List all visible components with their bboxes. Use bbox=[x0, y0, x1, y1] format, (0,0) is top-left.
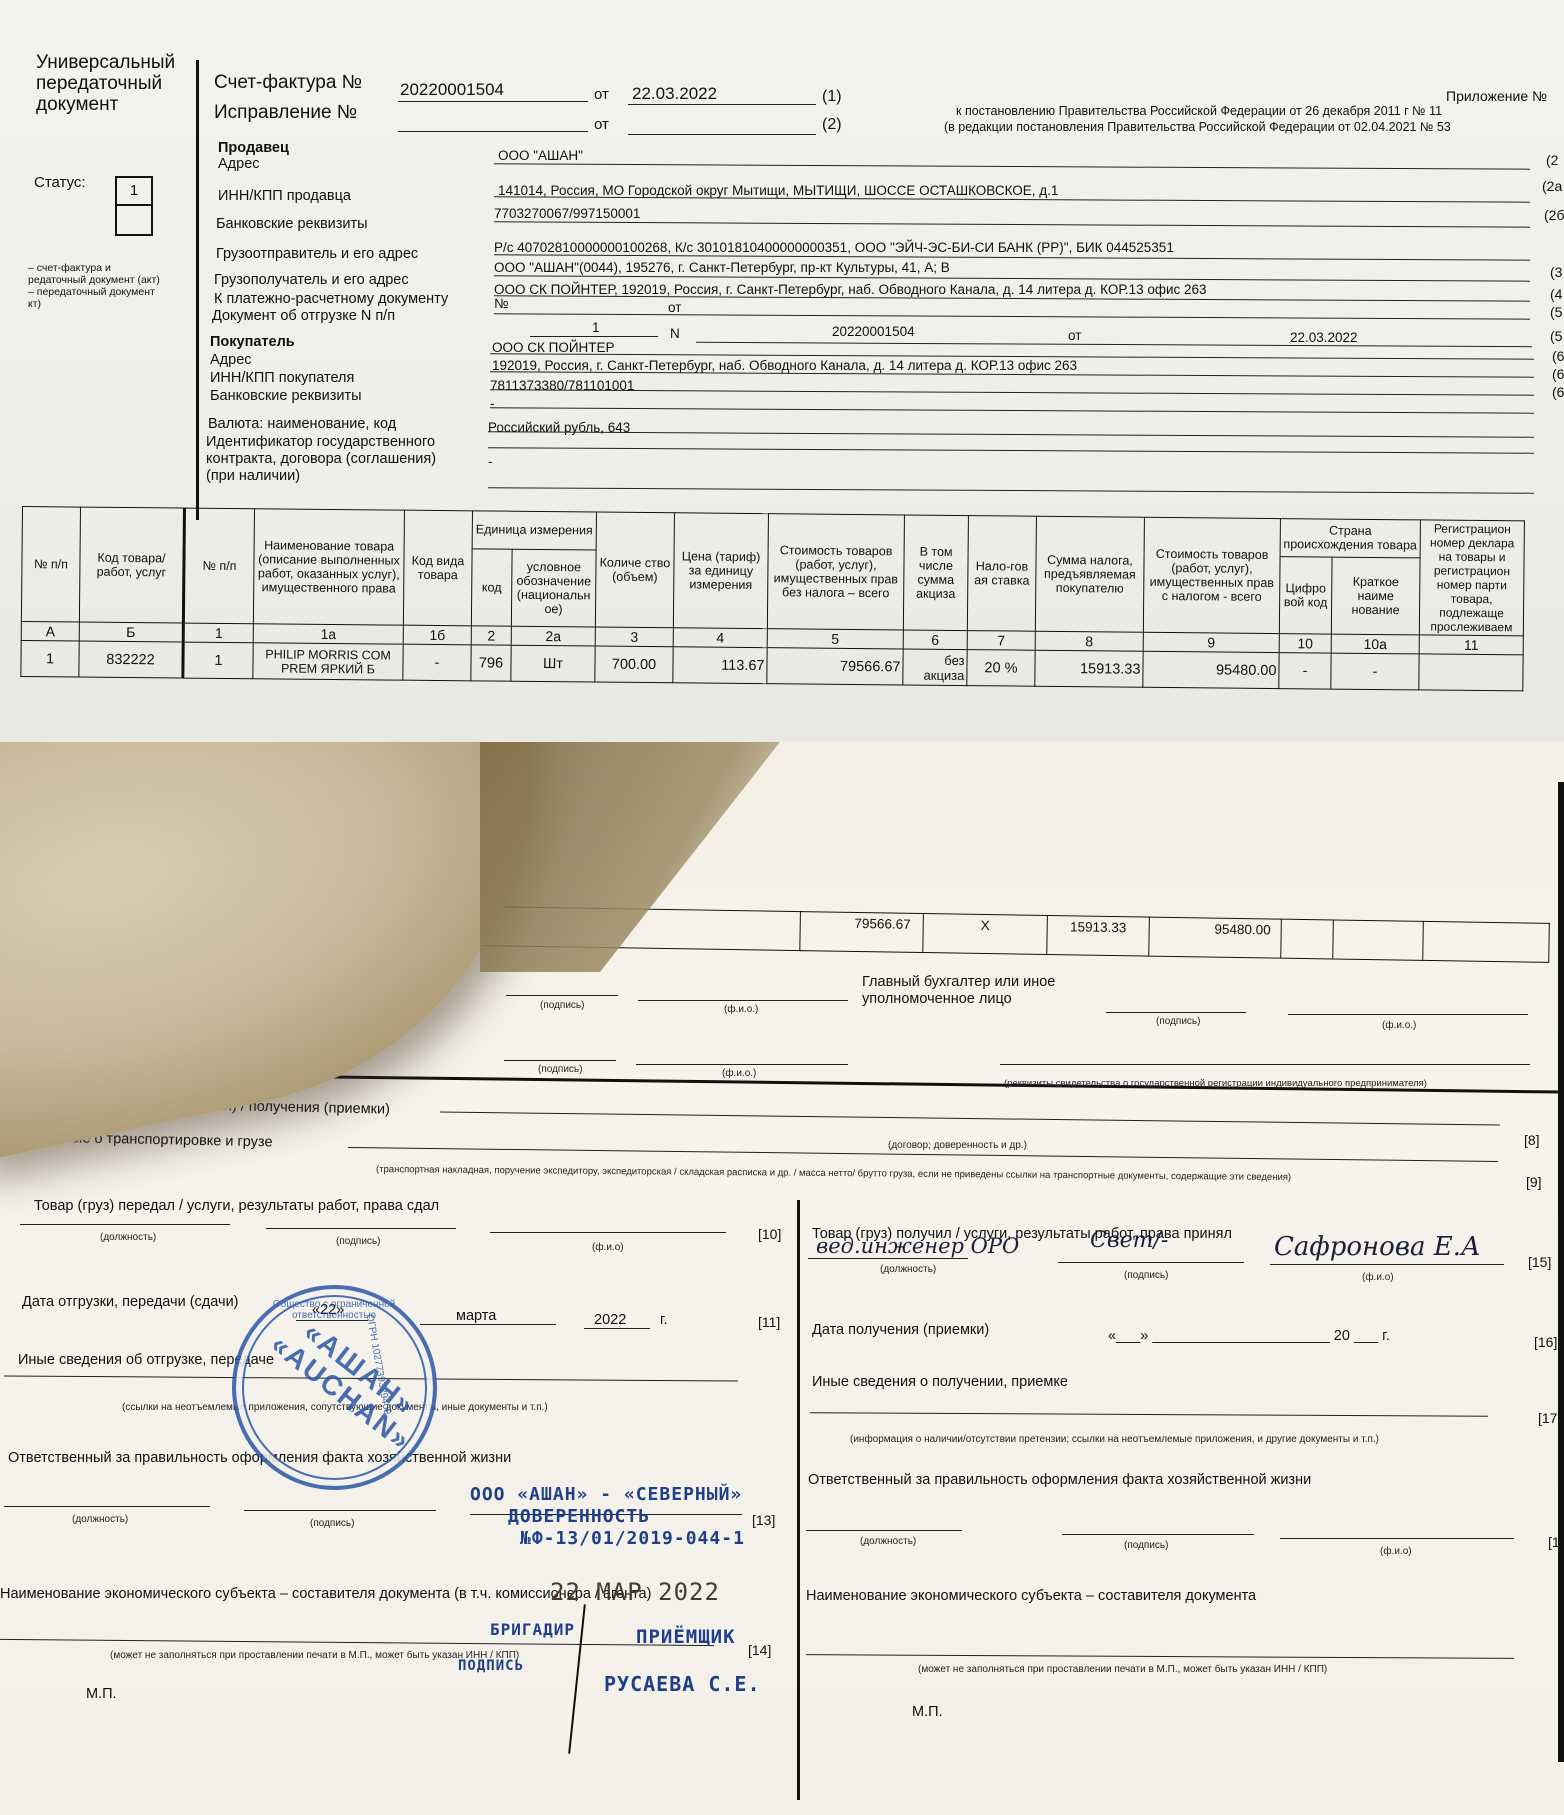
date-stamp: 22 МАР 2022 bbox=[550, 1578, 720, 1606]
consignee-value: ООО СК ПОЙНТЕР, 192019, Россия, г. Санкт… bbox=[494, 282, 1207, 297]
cell-qty: 700.00 bbox=[595, 646, 673, 683]
handed-fio-field bbox=[490, 1232, 726, 1233]
table-header-row: № п/п Код товара/ работ, услуг № п/п Наи… bbox=[22, 507, 1524, 559]
handed-label: Товар (груз) передал / услуги, результат… bbox=[34, 1198, 439, 1214]
cell-pos-a: 1 bbox=[21, 640, 79, 677]
cell-cost-with-tax: 95480.00 bbox=[1143, 651, 1279, 688]
accountant-signature-field bbox=[1106, 1012, 1246, 1013]
status-box: 1 bbox=[115, 176, 153, 236]
left-divider bbox=[196, 60, 199, 520]
ship-month: марта bbox=[456, 1308, 496, 1324]
cell-code: 832222 bbox=[79, 641, 183, 678]
document-type-title: Универсальный передаточный документ bbox=[36, 52, 196, 115]
items-table: № п/п Код товара/ работ, услуг № п/п Наи… bbox=[20, 506, 1525, 691]
header-cost-with-tax: Стоимость товаров (работ, услуг), имущес… bbox=[1143, 517, 1280, 633]
header-pos-a: № п/п bbox=[21, 507, 80, 623]
header-name: Наименование товара (описание выполненны… bbox=[253, 509, 404, 625]
cell-declaration bbox=[1419, 654, 1523, 691]
seller-responsible-position bbox=[4, 1506, 210, 1507]
buyer-responsible-label: Ответственный за правильность оформления… bbox=[808, 1472, 1311, 1488]
handed-position-field bbox=[20, 1224, 230, 1225]
accountant-fio-field bbox=[1288, 1014, 1528, 1015]
invoice-from-label: от bbox=[594, 86, 609, 103]
poa-stamp-line-2: ДОВЕРЕННОСТЬ bbox=[508, 1506, 650, 1527]
accountant-label: Главный бухгалтер или иное уполномоченно… bbox=[862, 974, 1102, 1008]
header-tax-sum: Сумма налога, предъявляемая покупателю bbox=[1035, 516, 1144, 632]
contract-label: Идентификатор государственного контракта… bbox=[206, 434, 466, 485]
shipment-doc-date: 22.03.2022 bbox=[1290, 330, 1358, 345]
header-declaration: Регистрацион номер деклара на товары и р… bbox=[1419, 520, 1524, 636]
receive-date-field[interactable]: «___» ______________________ 20 ___ г. bbox=[1108, 1328, 1390, 1344]
seller-mp: М.П. bbox=[86, 1686, 117, 1702]
received-signature: Свет/- bbox=[1090, 1228, 1168, 1253]
invoice-number: 20220001504 bbox=[400, 80, 504, 100]
head-fio-field bbox=[638, 1000, 848, 1001]
shipper-value: ООО "АШАН"(0044), 195276, г. Санкт-Петер… bbox=[494, 260, 950, 275]
center-divider bbox=[797, 1200, 800, 1800]
receive-date-label: Дата получения (приемки) bbox=[812, 1322, 989, 1338]
seller-section-label: Продавец bbox=[218, 140, 289, 156]
payment-doc-no-label: № bbox=[494, 296, 508, 311]
cell-price: 113.67 bbox=[673, 647, 767, 684]
buyer-bank: - bbox=[490, 396, 495, 411]
cell-country-name: - bbox=[1331, 653, 1419, 690]
poa-stamp-line-1: ООО «АШАН» - «СЕВЕРНЫЙ» bbox=[470, 1484, 742, 1505]
buyer-mp: М.П. bbox=[912, 1704, 943, 1720]
buyer-responsible-fio[interactable] bbox=[1280, 1538, 1514, 1539]
role-stamp-right: ПРИЁМЩИК bbox=[636, 1626, 736, 1648]
header-tax-rate: Нало-гов ая ставка bbox=[967, 516, 1036, 632]
role-stamp-left: БРИГАДИР bbox=[490, 1620, 575, 1639]
status-value: 1 bbox=[117, 178, 151, 206]
status-label: Статус: bbox=[34, 174, 86, 191]
buyer-inn-label: ИНН/КПП покупателя bbox=[210, 370, 354, 386]
correction-ref: (2) bbox=[822, 116, 842, 134]
appendix-line-1: Приложение № bbox=[1446, 88, 1547, 104]
header-unit-code: код bbox=[471, 548, 512, 626]
header-country-group: Страна происхождения товара bbox=[1280, 519, 1420, 558]
seller-responsible-signature bbox=[244, 1510, 436, 1511]
header-qty: Количе ство (объем) bbox=[595, 512, 674, 628]
buyer-responsible-signature[interactable] bbox=[1062, 1534, 1254, 1535]
header-pos: № п/п bbox=[183, 508, 254, 624]
other-receipt-field[interactable] bbox=[810, 1412, 1488, 1417]
correction-from-label: от bbox=[594, 116, 609, 133]
header-country-code: Цифро вой код bbox=[1279, 556, 1332, 634]
seller-name: ООО "АШАН" bbox=[498, 148, 583, 163]
currency-label: Валюта: наименование, код bbox=[208, 416, 396, 432]
shipper-label: Грузоотправитель и его адрес bbox=[216, 246, 418, 262]
buyer-address-label: Адрес bbox=[210, 352, 252, 368]
cell-tax-sum: 15913.33 bbox=[1035, 650, 1143, 687]
buyer-responsible-position[interactable] bbox=[806, 1530, 962, 1531]
received-fio-value: Сафронова Е.А bbox=[1274, 1232, 1481, 1262]
round-company-stamp: Общество с ограниченной ответственностью… bbox=[232, 1285, 437, 1490]
status-legend: – счет-фактура и редаточный документ (ак… bbox=[28, 262, 198, 310]
cell-tax-rate: 20 % bbox=[967, 650, 1035, 687]
head-signature-field bbox=[506, 995, 618, 996]
invoice-date: 22.03.2022 bbox=[632, 84, 717, 104]
cell-kind-code: - bbox=[403, 644, 471, 681]
header-code: Код товара/ работ, услуг bbox=[79, 507, 184, 623]
consignee-label: Грузополучатель и его адрес bbox=[214, 272, 409, 288]
cell-excise: без акциза bbox=[903, 649, 967, 686]
shipment-doc-number: 20220001504 bbox=[832, 324, 915, 339]
seller-inn: 7703270067/997150001 bbox=[494, 206, 640, 221]
payment-doc-from-label: от bbox=[668, 300, 681, 315]
header-unit-symbol: условное обозначение (национальн ое) bbox=[511, 549, 596, 627]
header-cost-no-tax: Стоимость товаров (работ, услуг), имущес… bbox=[767, 514, 904, 630]
appendix-line-2: к постановлению Правительства Российской… bbox=[956, 104, 1442, 118]
cell-unit-code: 796 bbox=[471, 645, 511, 681]
shipment-doc-label: Документ об отгрузке N п/п bbox=[212, 308, 395, 324]
entrepreneur-fio-field bbox=[636, 1064, 848, 1065]
cell-country-code: - bbox=[1279, 653, 1331, 689]
entrepreneur-signature-field bbox=[504, 1060, 616, 1061]
other-receipt-label: Иные сведения о получении, приемке bbox=[812, 1374, 1068, 1390]
correction-label: Исправление № bbox=[214, 102, 357, 124]
handed-signature-field bbox=[266, 1228, 456, 1229]
cell-name: PHILIP MORRIS COM PREM ЯРКИЙ Б bbox=[253, 643, 403, 680]
header-price: Цена (тариф) за единицу измерения bbox=[673, 513, 768, 629]
contract-value: - bbox=[488, 454, 493, 469]
cell-pos: 1 bbox=[183, 642, 253, 679]
buyer-section-label: Покупатель bbox=[210, 334, 295, 350]
ship-date-label: Дата отгрузки, передачи (сдачи) bbox=[22, 1294, 239, 1310]
document-bottom-page: Всего к оплате 79566.67 X 15913.33 95480… bbox=[0, 742, 1564, 1815]
shipment-doc-pos: 1 bbox=[592, 320, 600, 335]
correction-number-field bbox=[398, 131, 588, 132]
payment-doc-label: К платежно-расчетному документу bbox=[214, 291, 448, 307]
header-kind-code: Код вида товара bbox=[403, 510, 472, 626]
header-country-name: Краткое наиме нование bbox=[1331, 557, 1420, 635]
poa-stamp-line-3: №Ф-13/01/2019-044-1 bbox=[520, 1528, 745, 1549]
buyer-bank-label: Банковские реквизиты bbox=[210, 388, 362, 404]
basis-field bbox=[440, 1112, 1500, 1126]
registration-caption: (реквизиты свидетельства о государственн… bbox=[1004, 1078, 1427, 1089]
seller-bank-label: Банковские реквизиты bbox=[216, 216, 368, 232]
cell-unit-symbol: Шт bbox=[511, 645, 595, 682]
signature-caption-stamp: ПОДПИСЬ bbox=[458, 1658, 524, 1674]
signer-name-stamp: РУСАЕВА С.Е. bbox=[604, 1672, 761, 1696]
seller-entity-field bbox=[0, 1639, 714, 1646]
appendix-line-3: (в редакции постановления Правительства … bbox=[944, 120, 1451, 134]
buyer-entity-field[interactable] bbox=[806, 1654, 1514, 1659]
seller-bank: Р/с 40702810000000100268, К/с 3010181040… bbox=[494, 240, 1174, 255]
cell-cost-no-tax: 79566.67 bbox=[767, 648, 903, 685]
invoice-label: Счет-фактура № bbox=[214, 72, 362, 94]
correction-date-field bbox=[628, 134, 816, 135]
ship-year: 2022 bbox=[594, 1312, 626, 1328]
header-excise: В том числе сумма акциза bbox=[903, 515, 968, 631]
seller-name-label: Адрес bbox=[218, 156, 260, 172]
header-unit-group: Единица измерения bbox=[472, 511, 596, 550]
invoice-ref: (1) bbox=[822, 88, 842, 106]
buyer-entity-label: Наименование экономического субъекта – с… bbox=[806, 1588, 1256, 1604]
document-top-page: Универсальный передаточный документ Стат… bbox=[0, 0, 1564, 742]
seller-inn-label: ИНН/КПП продавца bbox=[218, 188, 351, 204]
received-position-value: вед.инженер ОРО bbox=[816, 1234, 1019, 1258]
